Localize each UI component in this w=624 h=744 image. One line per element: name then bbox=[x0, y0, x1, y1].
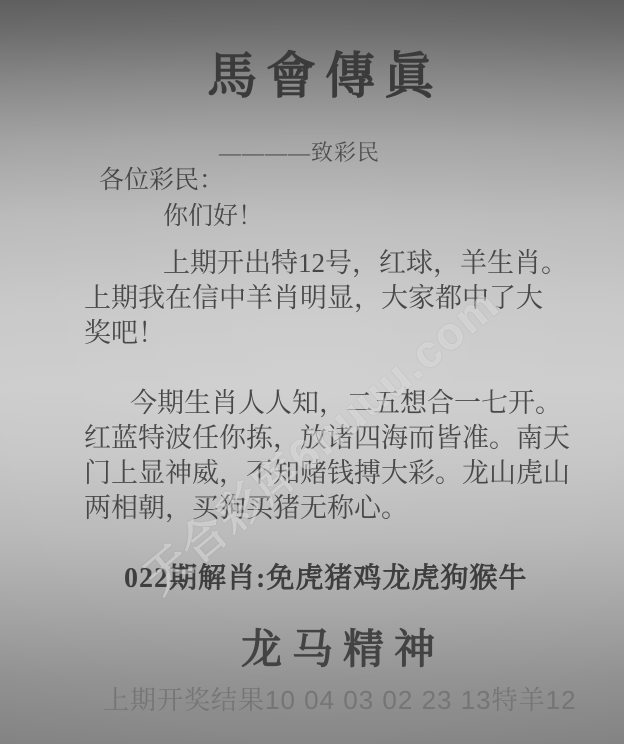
salutation-text: 各位彩民： bbox=[99, 160, 224, 196]
page-title: 馬會傳眞 bbox=[0, 36, 624, 108]
text-line: 上期我在信中羊肖明显，大家都中了大 bbox=[84, 281, 552, 316]
paragraph-current-tip: 今期生肖人人知，二五想合一七开。 红蓝特波任你拣，放诸四海而皆准。南天 门上显神… bbox=[84, 386, 552, 526]
greeting-text: 你们好！ bbox=[163, 196, 263, 232]
zodiac-solution-line: 022期解肖:免虎猪鸡龙虎狗猴牛 bbox=[124, 556, 527, 596]
fax-letter-page: 馬會傳眞 ————致彩民 各位彩民： 你们好！ 上期开出特12号，红球，羊生肖。… bbox=[0, 0, 624, 744]
text-line: 上期开出特12号，红球，羊生肖。 bbox=[84, 246, 552, 281]
text-line: 门上显神威，不知赌钱搏大彩。龙山虎山 bbox=[84, 456, 552, 491]
text-line: 红蓝特波任你拣，放诸四海而皆准。南天 bbox=[84, 421, 552, 456]
paragraph-previous-draw: 上期开出特12号，红球，羊生肖。 上期我在信中羊肖明显，大家都中了大 奖吧！ bbox=[84, 246, 552, 351]
text-line: 奖吧！ bbox=[84, 316, 552, 351]
signature-text: 龙马精神 bbox=[0, 616, 624, 675]
text-line: 今期生肖人人知，二五想合一七开。 bbox=[84, 386, 552, 421]
text-line: 两相朝，买狗买猪无称心。 bbox=[84, 491, 552, 526]
dedication-line: ————致彩民 bbox=[219, 136, 380, 167]
previous-result-line: 上期开奖结果10 04 03 02 23 13特羊12 bbox=[103, 680, 577, 717]
